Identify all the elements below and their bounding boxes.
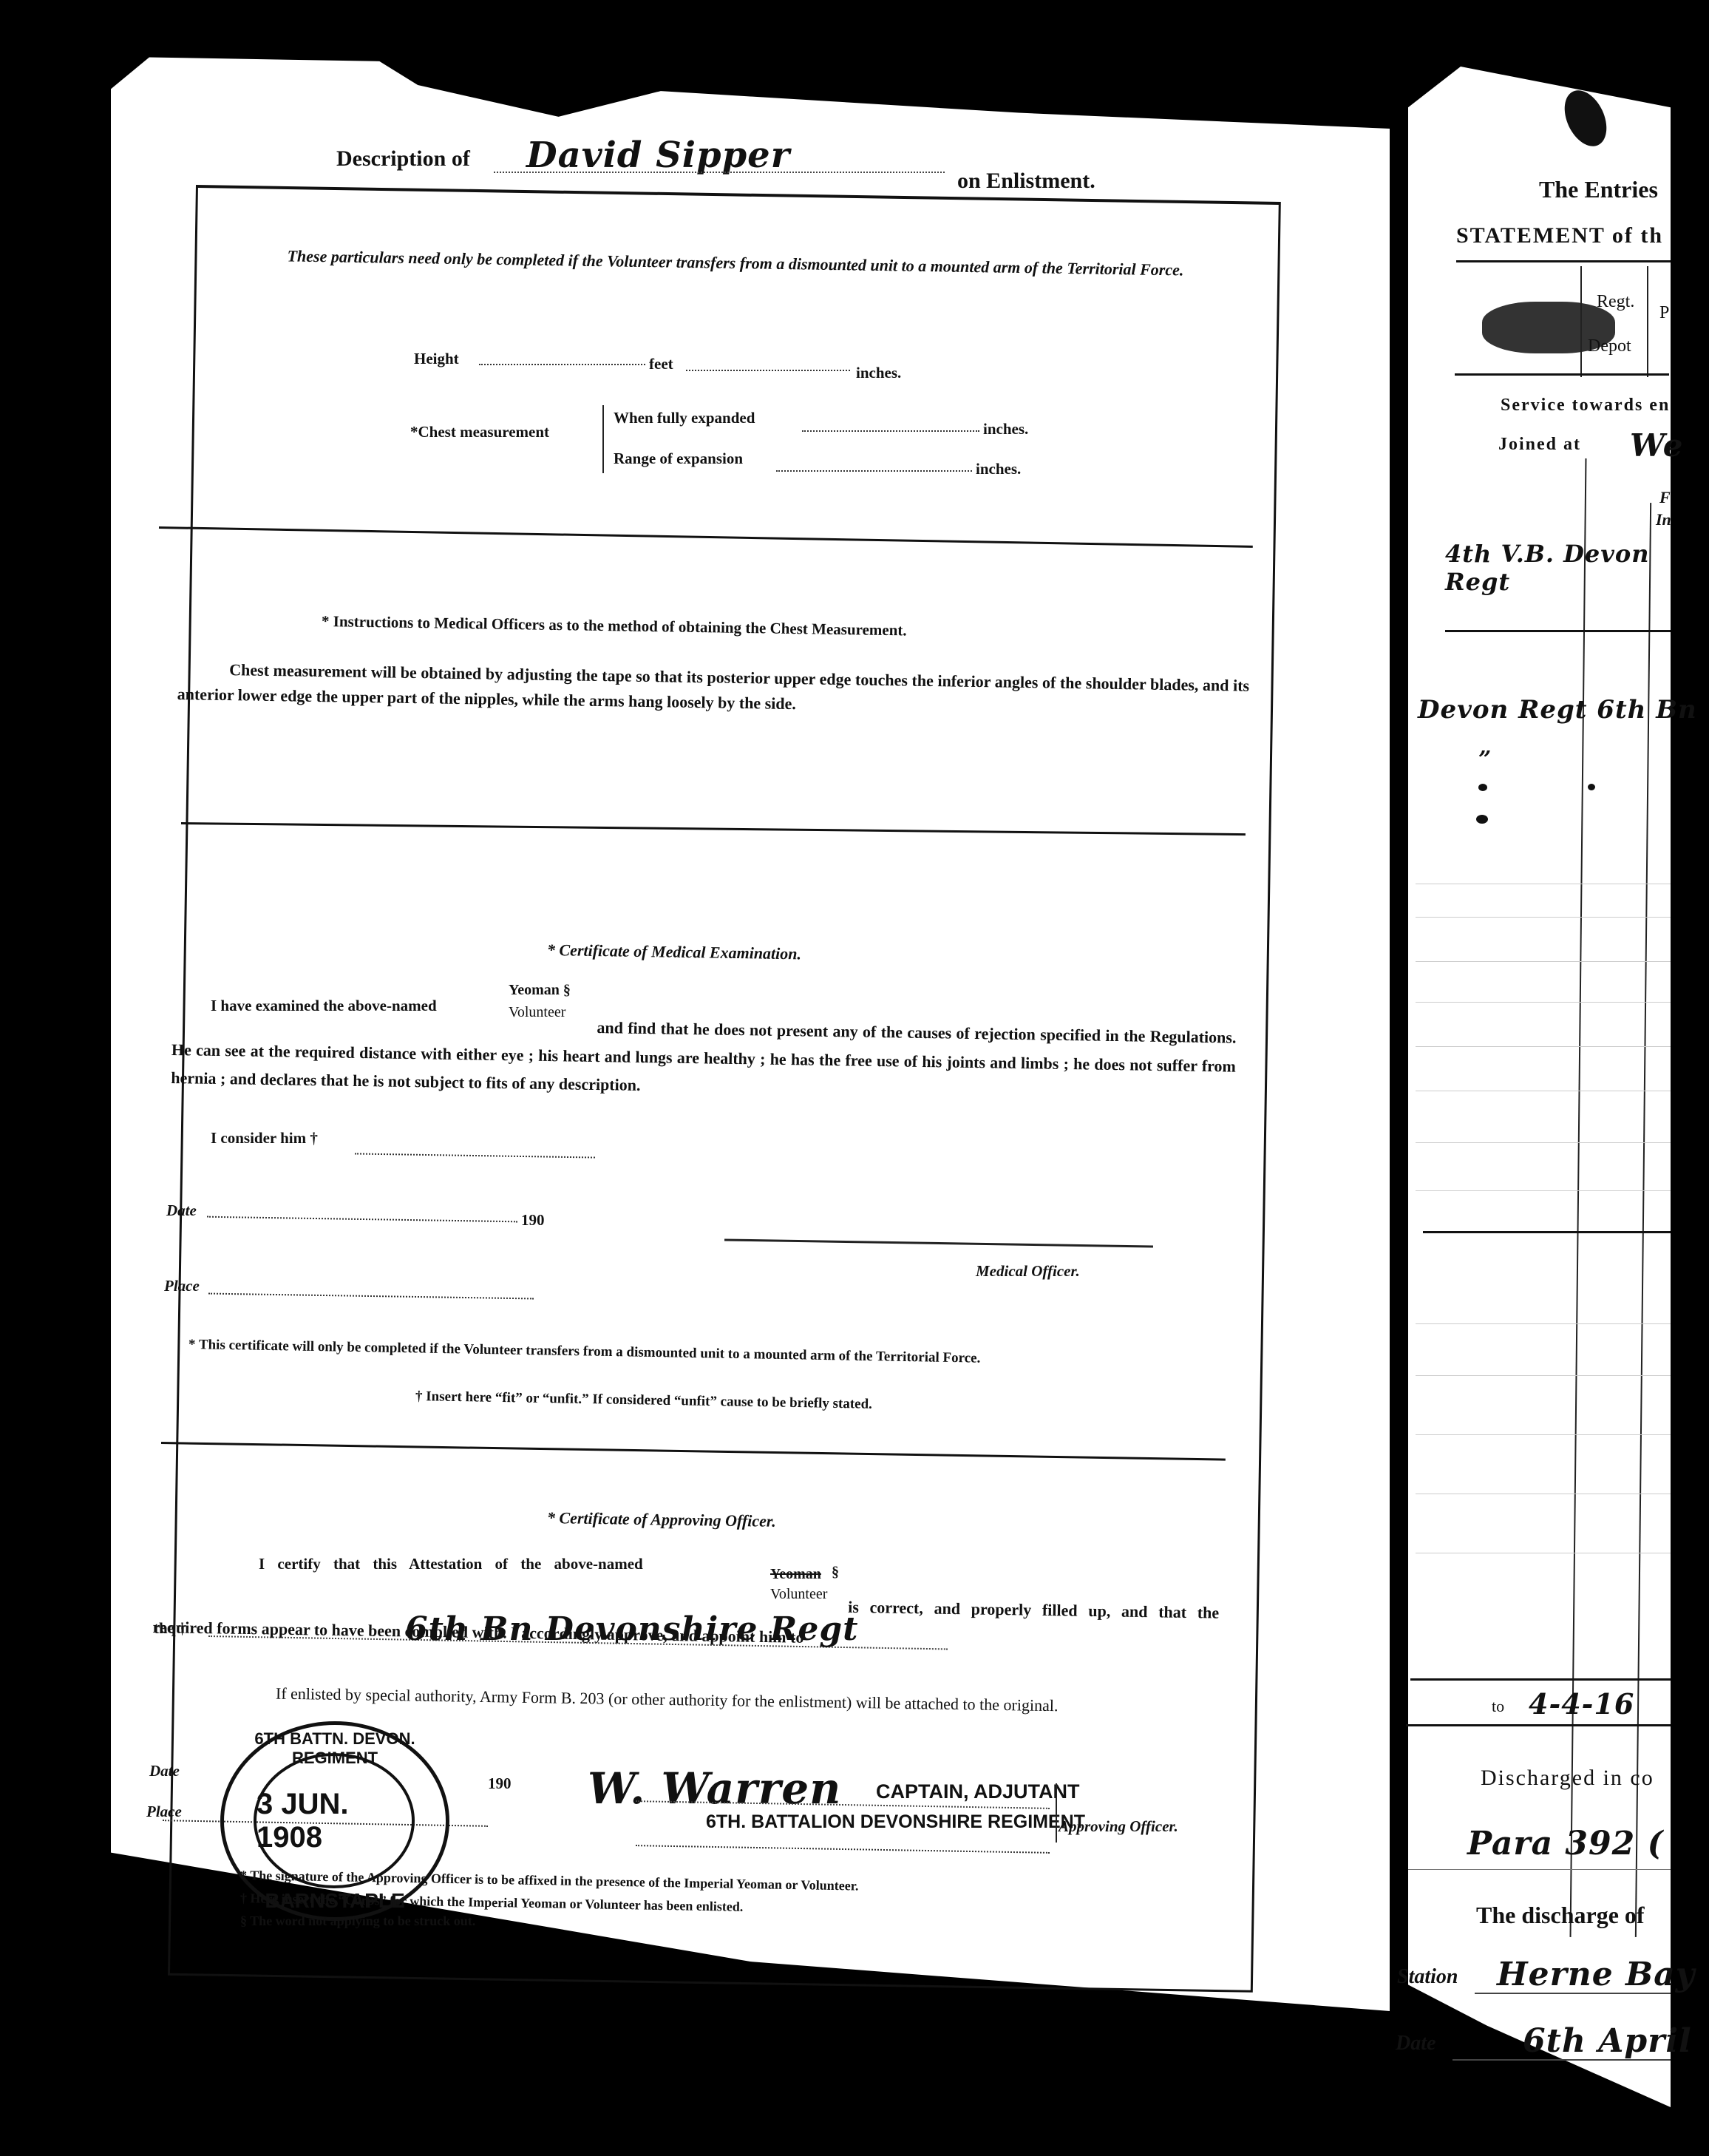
ruled-line — [1416, 1434, 1671, 1435]
medical-date-label: Date — [166, 1201, 197, 1220]
discharge-of-label: The discharge of — [1476, 1902, 1645, 1929]
col-in: In — [1656, 510, 1671, 529]
date-to-value: 4-4-16 — [1529, 1687, 1634, 1721]
section-mark: § — [832, 1564, 839, 1581]
statement-heading: STATEMENT of th — [1456, 223, 1663, 248]
ruled-line — [1416, 1142, 1671, 1143]
col-p: P — [1659, 303, 1669, 323]
medical-cert-title: * Certificate of Medical Examination. — [547, 940, 801, 963]
joined-value: We — [1630, 427, 1683, 464]
date-label: Date — [1396, 2032, 1436, 2055]
ruled-line — [1416, 1002, 1671, 1003]
stamp-date: 3 JUN. 1908 — [256, 1788, 412, 1854]
ruled-line — [1408, 1869, 1671, 1870]
regt-label: Regt. — [1597, 292, 1634, 312]
height-feet-field[interactable] — [479, 364, 645, 365]
right-vline — [1580, 266, 1582, 377]
para-value: Para 392 ( — [1467, 1825, 1663, 1862]
fully-expanded-label: When fully expanded — [614, 409, 755, 427]
col-f: F — [1659, 488, 1671, 507]
ruled-line — [1416, 1091, 1671, 1091]
ruled-line — [1416, 1323, 1671, 1324]
ruled-line — [1416, 1553, 1671, 1553]
ditto-dot — [1478, 784, 1487, 791]
option-yeoman: Yeoman § — [509, 982, 571, 999]
ditto-dot — [1476, 815, 1488, 824]
station-label: Station — [1397, 1965, 1458, 1989]
date-line[interactable] — [1453, 2059, 1671, 2061]
right-divider-4 — [1423, 1231, 1671, 1233]
range-expansion-label: Range of expansion — [614, 450, 743, 468]
ruled-line — [1416, 1046, 1671, 1047]
ruled-line — [1416, 884, 1671, 884]
right-title: The Entries — [1539, 176, 1658, 203]
fully-expanded-field[interactable] — [802, 430, 979, 432]
brace — [1050, 1783, 1057, 1843]
entry-2: Devon Regt 6th Bn — [1418, 695, 1697, 725]
ditto-mark: ” — [1478, 747, 1492, 773]
feet-label: feet — [649, 355, 673, 373]
the-label: the † — [154, 1619, 186, 1638]
approving-officer-label: Approving Officer. — [1059, 1817, 1178, 1836]
inches-label: inches. — [856, 364, 901, 382]
description-prefix: Description of — [336, 146, 470, 172]
approving-officer-signature: W. Warren — [588, 1763, 841, 1814]
right-vline — [1647, 266, 1648, 377]
description-suffix: on Enlistment. — [957, 169, 1095, 194]
height-inches-field[interactable] — [686, 370, 850, 371]
entry-1: 4th V.B. Devon Regt — [1445, 540, 1709, 596]
approving-cert-title: * Certificate of Approving Officer. — [547, 1508, 776, 1531]
medical-place-label: Place — [164, 1277, 200, 1295]
right-divider-1 — [1456, 260, 1671, 262]
approving-year-prefix: 190 — [488, 1774, 512, 1793]
medical-body: and find that he does not present any of… — [171, 1007, 1237, 1109]
date-value: 6th April — [1523, 2022, 1692, 2060]
date-to-label: to — [1492, 1697, 1504, 1716]
officer-battalion-stamp: 6TH. BATTALION DEVONSHIRE REGIMENT — [706, 1811, 1085, 1833]
discharged-label: Discharged in co — [1481, 1766, 1654, 1791]
right-divider-6 — [1406, 1724, 1671, 1726]
medical-officer-label: Medical Officer. — [976, 1262, 1080, 1281]
approving-date-label: Date — [149, 1762, 180, 1780]
station-value: Herne Bay — [1497, 1956, 1695, 1993]
service-label: Service towards en — [1501, 396, 1670, 416]
inches-label-3: inches. — [976, 460, 1021, 478]
approving-footnote-3: § The word not applying to be struck out… — [240, 1913, 475, 1929]
joined-label: Joined at — [1498, 435, 1581, 455]
consider-label: I consider him † — [211, 1129, 318, 1148]
approving-line-1a: I certify that this Attestation of the a… — [259, 1555, 643, 1573]
chest-measurement-label: *Chest measurement — [410, 423, 549, 441]
brace — [602, 405, 608, 473]
ruled-line — [1416, 1375, 1671, 1376]
depot-label: Depot — [1588, 336, 1631, 356]
recruit-name: David Sipper — [526, 135, 790, 176]
ruled-line — [1416, 1190, 1671, 1191]
ruled-line — [1416, 1494, 1671, 1494]
name-line — [494, 172, 945, 173]
right-divider-2 — [1455, 373, 1669, 376]
medical-year-prefix: 190 — [521, 1211, 545, 1230]
station-line[interactable] — [1475, 1993, 1671, 1994]
ditto-dot — [1588, 784, 1595, 790]
right-divider-5 — [1410, 1678, 1671, 1681]
height-label: Height — [414, 350, 459, 368]
range-expansion-field[interactable] — [776, 470, 972, 472]
inches-label-2: inches. — [983, 420, 1028, 438]
option-yeoman-struck: Yeoman — [770, 1566, 821, 1583]
ruled-line — [1416, 961, 1671, 962]
corps-value: 6th Bn Devonshire Regt — [405, 1610, 858, 1648]
right-page — [1408, 67, 1671, 2107]
ruled-line — [1416, 917, 1671, 918]
approving-place-label: Place — [146, 1803, 182, 1821]
right-divider-3 — [1445, 630, 1671, 632]
